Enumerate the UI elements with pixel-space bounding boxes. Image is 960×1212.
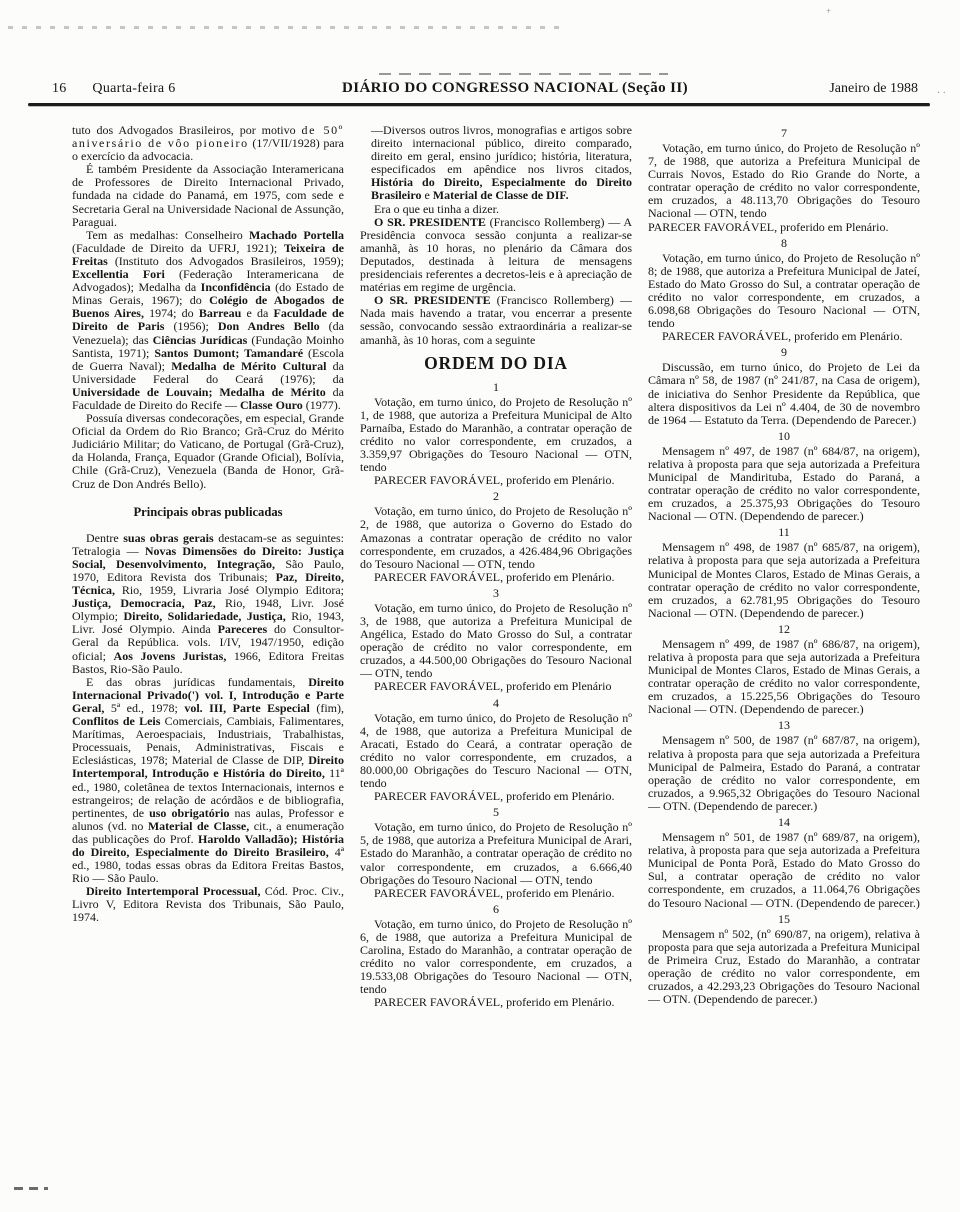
paragraph: É também Presidente da Associação Intera… <box>72 163 344 228</box>
body-text: (fim), <box>310 701 344 715</box>
paragraph: tuto dos Advogados Brasileiros, por moti… <box>72 124 344 163</box>
body-text: Era o que eu tinha a dizer. <box>374 202 499 216</box>
body-text: PARECER FAVORÁVEL, proferido em Plenário… <box>374 995 614 1009</box>
paragraph: Votação, em turno único, do Projeto de R… <box>360 712 632 791</box>
weekday-label: Quarta-feira 6 <box>92 81 175 96</box>
bold-text: uso obrigatório <box>149 806 229 820</box>
page-number: 16 <box>52 81 67 96</box>
order-item-number: 5 <box>360 806 632 819</box>
body-text: (Faculdade de Direito da UFRJ, 1921); <box>72 241 284 255</box>
body-text: e da <box>241 306 273 320</box>
paragraph: PARECER FAVORÁVEL, proferido em Plenário… <box>360 474 632 487</box>
section-heading: Principais obras publicadas <box>72 506 344 519</box>
bold-text: Barreau <box>199 306 241 320</box>
bold-text: Santos Dumont; Tamandaré <box>154 346 303 360</box>
issue-date: Janeiro de 1988 <box>728 81 918 97</box>
masthead-title: DIÁRIO DO CONGRESSO NACIONAL (Seção II) <box>302 80 728 97</box>
bold-text: Inconfidência <box>201 280 271 294</box>
body-text: Dentre <box>86 531 123 545</box>
bold-text: Don Andres Bello <box>218 319 320 333</box>
bold-text: Classe Ouro <box>240 398 303 412</box>
paragraph: Votação, em turno único, do Projeto de R… <box>648 142 920 221</box>
paragraph: Votação, em turno único, do Projeto de R… <box>648 252 920 331</box>
body-text: tuto dos Advogados Brasileiros, por moti… <box>72 123 301 137</box>
paragraph: Votação, em turno único, do Projeto de R… <box>360 602 632 681</box>
body-text: Mensagem nº 497, de 1987 (nº 684/87, na … <box>648 444 920 523</box>
body-text: (1977). <box>303 398 341 412</box>
order-item-number: 14 <box>648 816 920 829</box>
order-item-number: 11 <box>648 526 920 539</box>
bold-text: Universidade de Louvain; Medalha de Méri… <box>72 385 326 399</box>
order-item-number: 1 <box>360 381 632 394</box>
paragraph: Votação, em turno único, do Projeto de R… <box>360 505 632 570</box>
body-text: 5ª ed., 1978; <box>104 701 184 715</box>
bold-text: Medalha de Mérito Cultural <box>171 359 326 373</box>
bold-text: vol. III, Parte Especial <box>184 701 310 715</box>
paragraph: Discussão, em turno único, do Projeto de… <box>648 361 920 426</box>
paragraph: PARECER FAVORÁVEL, proferido em Plenário… <box>648 330 920 343</box>
header-rule <box>28 103 930 106</box>
bold-text: Material de Classe de DIF. <box>433 188 569 202</box>
bold-text: Material de Classe, <box>148 819 249 833</box>
paragraph: PARECER FAVORÁVEL, proferido em Plenário… <box>648 221 920 234</box>
paragraph: Mensagem nº 499, de 1987 (nº 686/87, na … <box>648 638 920 717</box>
body-text: Rio, 1959, Livraria José Olympio Editora… <box>115 583 344 597</box>
body-text: Votação, em turno único, do Projeto de R… <box>360 917 632 996</box>
body-text: (Instituto dos Advogados Brasileiros, 19… <box>108 254 344 268</box>
paragraph: O SR. PRESIDENTE (Francisco Rollemberg) … <box>360 216 632 295</box>
order-item-number: 6 <box>360 903 632 916</box>
body-text: PARECER FAVORÁVEL, proferido em Plenário… <box>374 886 614 900</box>
paragraph: Direito Intertemporal Processual, Cód. P… <box>72 885 344 924</box>
order-item-number: 9 <box>648 346 920 359</box>
paragraph: Mensagem nº 500, de 1987 (nº 687/87, na … <box>648 734 920 813</box>
scan-artifact-plus: + <box>826 8 833 15</box>
bold-text: Machado Portella <box>249 228 344 242</box>
bold-text: Justiça, Democracia, Paz, <box>72 596 216 610</box>
text-columns: tuto dos Advogados Brasileiros, por moti… <box>72 124 920 1009</box>
body-text: Votação, em turno único, do Projeto de R… <box>360 504 632 570</box>
paragraph: Mensagem nº 501, de 1987 (nº 689/87, na … <box>648 831 920 910</box>
section-heading: ORDEM DO DIA <box>360 357 632 370</box>
bold-text: Direito, Solidariedade, Justiça, <box>123 609 285 623</box>
paragraph: PARECER FAVORÁVEL, proferido em Plenário… <box>360 996 632 1009</box>
bold-text: Aos Jovens Juristas, <box>114 649 227 663</box>
bold-text: Conflitos de Leis <box>72 714 160 728</box>
body-text: PARECER FAVORÁVEL, proferido em Plenário… <box>374 570 614 584</box>
body-text: Mensagem nº 498, de 1987 (nº 685/87, na … <box>648 540 920 619</box>
body-text: PARECER FAVORÁVEL, proferido em Plenário <box>374 679 611 693</box>
body-text: Mensagem nº 502, (nº 690/87, na origem),… <box>648 927 920 1006</box>
paragraph: PARECER FAVORÁVEL, proferido em Plenário… <box>360 790 632 803</box>
order-item-number: 8 <box>648 237 920 250</box>
gazette-page: + · · 16 Quarta-feira 6 DIÁRIO DO CONGRE… <box>0 0 960 1212</box>
body-text: PARECER FAVORÁVEL, proferido em Plenário… <box>374 789 614 803</box>
body-text: —Diversos outros livros, monografias e a… <box>371 123 632 176</box>
body-text: (1956); <box>164 319 217 333</box>
body-text: Votação, em turno único, do Projeto de R… <box>648 251 920 330</box>
scan-artifact-right: · · <box>937 88 946 99</box>
paragraph: Votação, em turno único, do Projeto de R… <box>360 821 632 886</box>
body-text: Possuía diversas condecorações, em espec… <box>72 411 344 490</box>
bold-text: suas obras gerais <box>123 531 213 545</box>
order-item-number: 7 <box>648 127 920 140</box>
body-text: É também Presidente da Associação Intera… <box>72 162 344 228</box>
body-text: Votação, em turno único, do Projeto de R… <box>360 820 632 886</box>
body-text: Votação, em turno único, do Projeto de R… <box>648 141 920 220</box>
order-item-number: 10 <box>648 430 920 443</box>
page-header: 16 Quarta-feira 6 DIÁRIO DO CONGRESSO NA… <box>52 80 918 97</box>
paragraph: Tem as medalhas: Conselheiro Machado Por… <box>72 229 344 412</box>
body-text: Mensagem nº 499, de 1987 (nº 686/87, na … <box>648 637 920 716</box>
order-item-number: 12 <box>648 623 920 636</box>
paragraph: E das obras jurídicas fundamentais, Dire… <box>72 676 344 886</box>
paragraph: Mensagem nº 498, de 1987 (nº 685/87, na … <box>648 541 920 620</box>
body-text: Mensagem nº 501, de 1987 (nº 689/87, na … <box>648 830 920 909</box>
bold-text: O SR. PRESIDENTE <box>374 215 486 229</box>
column-2: —Diversos outros livros, monografias e a… <box>360 124 632 1009</box>
body-text: Mensagem nº 500, de 1987 (nº 687/87, na … <box>648 733 920 812</box>
paragraph: O SR. PRESIDENTE (Francisco Rollemberg) … <box>360 294 632 346</box>
paragraph: Possuía diversas condecorações, em espec… <box>72 412 344 491</box>
header-left: 16 Quarta-feira 6 <box>52 81 302 97</box>
scan-artifact-top <box>8 26 568 29</box>
paragraph: PARECER FAVORÁVEL, proferido em Plenário <box>360 680 632 693</box>
column-3: 7Votação, em turno único, do Projeto de … <box>648 124 920 1009</box>
paragraph: PARECER FAVORÁVEL, proferido em Plenário… <box>360 571 632 584</box>
scan-artifact-bottom <box>14 1187 48 1190</box>
body-text: PARECER FAVORÁVEL, proferido em Plenário… <box>374 473 614 487</box>
paragraph: Votação, em turno único, do Projeto de R… <box>360 918 632 997</box>
paragraph: Votação, em turno único, do Projeto de R… <box>360 396 632 475</box>
body-text: Votação, em turno único, do Projeto de R… <box>360 711 632 790</box>
body-text: Votação, em turno único, do Projeto de R… <box>360 601 632 680</box>
body-text: e <box>421 188 432 202</box>
body-text: Discussão, em turno único, do Projeto de… <box>648 360 920 426</box>
order-item-number: 4 <box>360 697 632 710</box>
paragraph: PARECER FAVORÁVEL, proferido em Plenário… <box>360 887 632 900</box>
order-item-number: 2 <box>360 490 632 503</box>
bold-text: O SR. PRESIDENTE <box>374 293 491 307</box>
body-text: E das obras jurídicas fundamentais, <box>86 675 308 689</box>
body-text: PARECER FAVORÁVEL, proferido em Plenário… <box>662 329 902 343</box>
order-item-number: 13 <box>648 719 920 732</box>
bold-text: Pareceres <box>218 622 268 636</box>
body-text: PARECER FAVORÁVEL, proferido em Plenário… <box>648 220 888 234</box>
bold-text: Direito Intertemporal Processual, <box>86 884 260 898</box>
order-item-number: 3 <box>360 587 632 600</box>
bold-text: Excellentia Fori <box>72 267 165 281</box>
paragraph: —Diversos outros livros, monografias e a… <box>371 124 632 203</box>
paragraph: Dentre suas obras gerais destacam-se as … <box>72 532 344 676</box>
paragraph: Mensagem nº 497, de 1987 (nº 684/87, na … <box>648 445 920 524</box>
body-text: 1974; do <box>144 306 199 320</box>
bold-text: Ciências Jurídicas <box>153 333 248 347</box>
order-item-number: 15 <box>648 913 920 926</box>
body-text: Tem as medalhas: Conselheiro <box>86 228 249 242</box>
paragraph: Mensagem nº 502, (nº 690/87, na origem),… <box>648 928 920 1007</box>
body-text: Votação, em turno único, do Projeto de R… <box>360 395 632 474</box>
column-1: tuto dos Advogados Brasileiros, por moti… <box>72 124 344 1009</box>
